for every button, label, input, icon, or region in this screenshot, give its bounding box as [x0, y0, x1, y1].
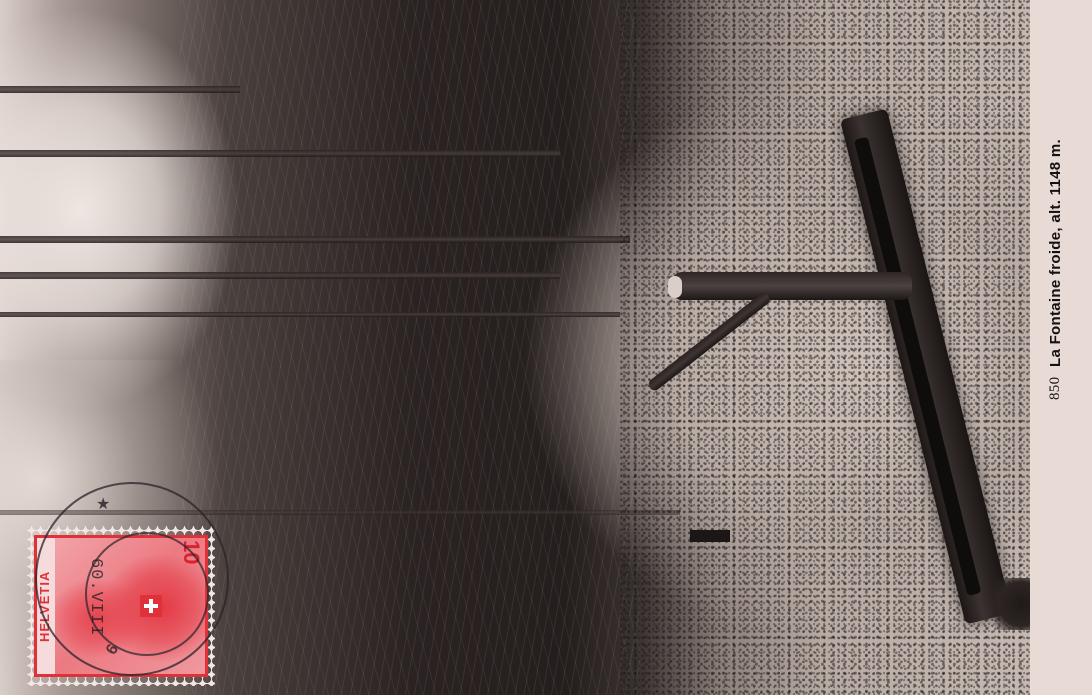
trough-base: [995, 578, 1030, 630]
caption-number: 850: [1047, 377, 1064, 400]
fence-post: [690, 530, 730, 542]
tree-trunk: [0, 236, 630, 243]
pipe-end: [668, 276, 682, 298]
postcard-caption: 850 La Fontaine froide, alt. 1148 m.: [1047, 40, 1064, 400]
tree-trunk: [0, 86, 240, 93]
tree-trunk: [0, 150, 560, 157]
fountain-pipe: [672, 272, 912, 300]
postmark-date: 60.VIII: [86, 558, 105, 636]
undergrowth: [180, 0, 640, 695]
postcard: 850 La Fontaine froide, alt. 1148 m. HEL…: [0, 0, 1092, 695]
caption-title: La Fontaine froide, alt. 1148 m.: [1047, 139, 1064, 367]
tree-trunk: [0, 272, 560, 279]
postmark-star-icon: ★: [96, 494, 110, 514]
tree-trunk: [0, 312, 620, 317]
